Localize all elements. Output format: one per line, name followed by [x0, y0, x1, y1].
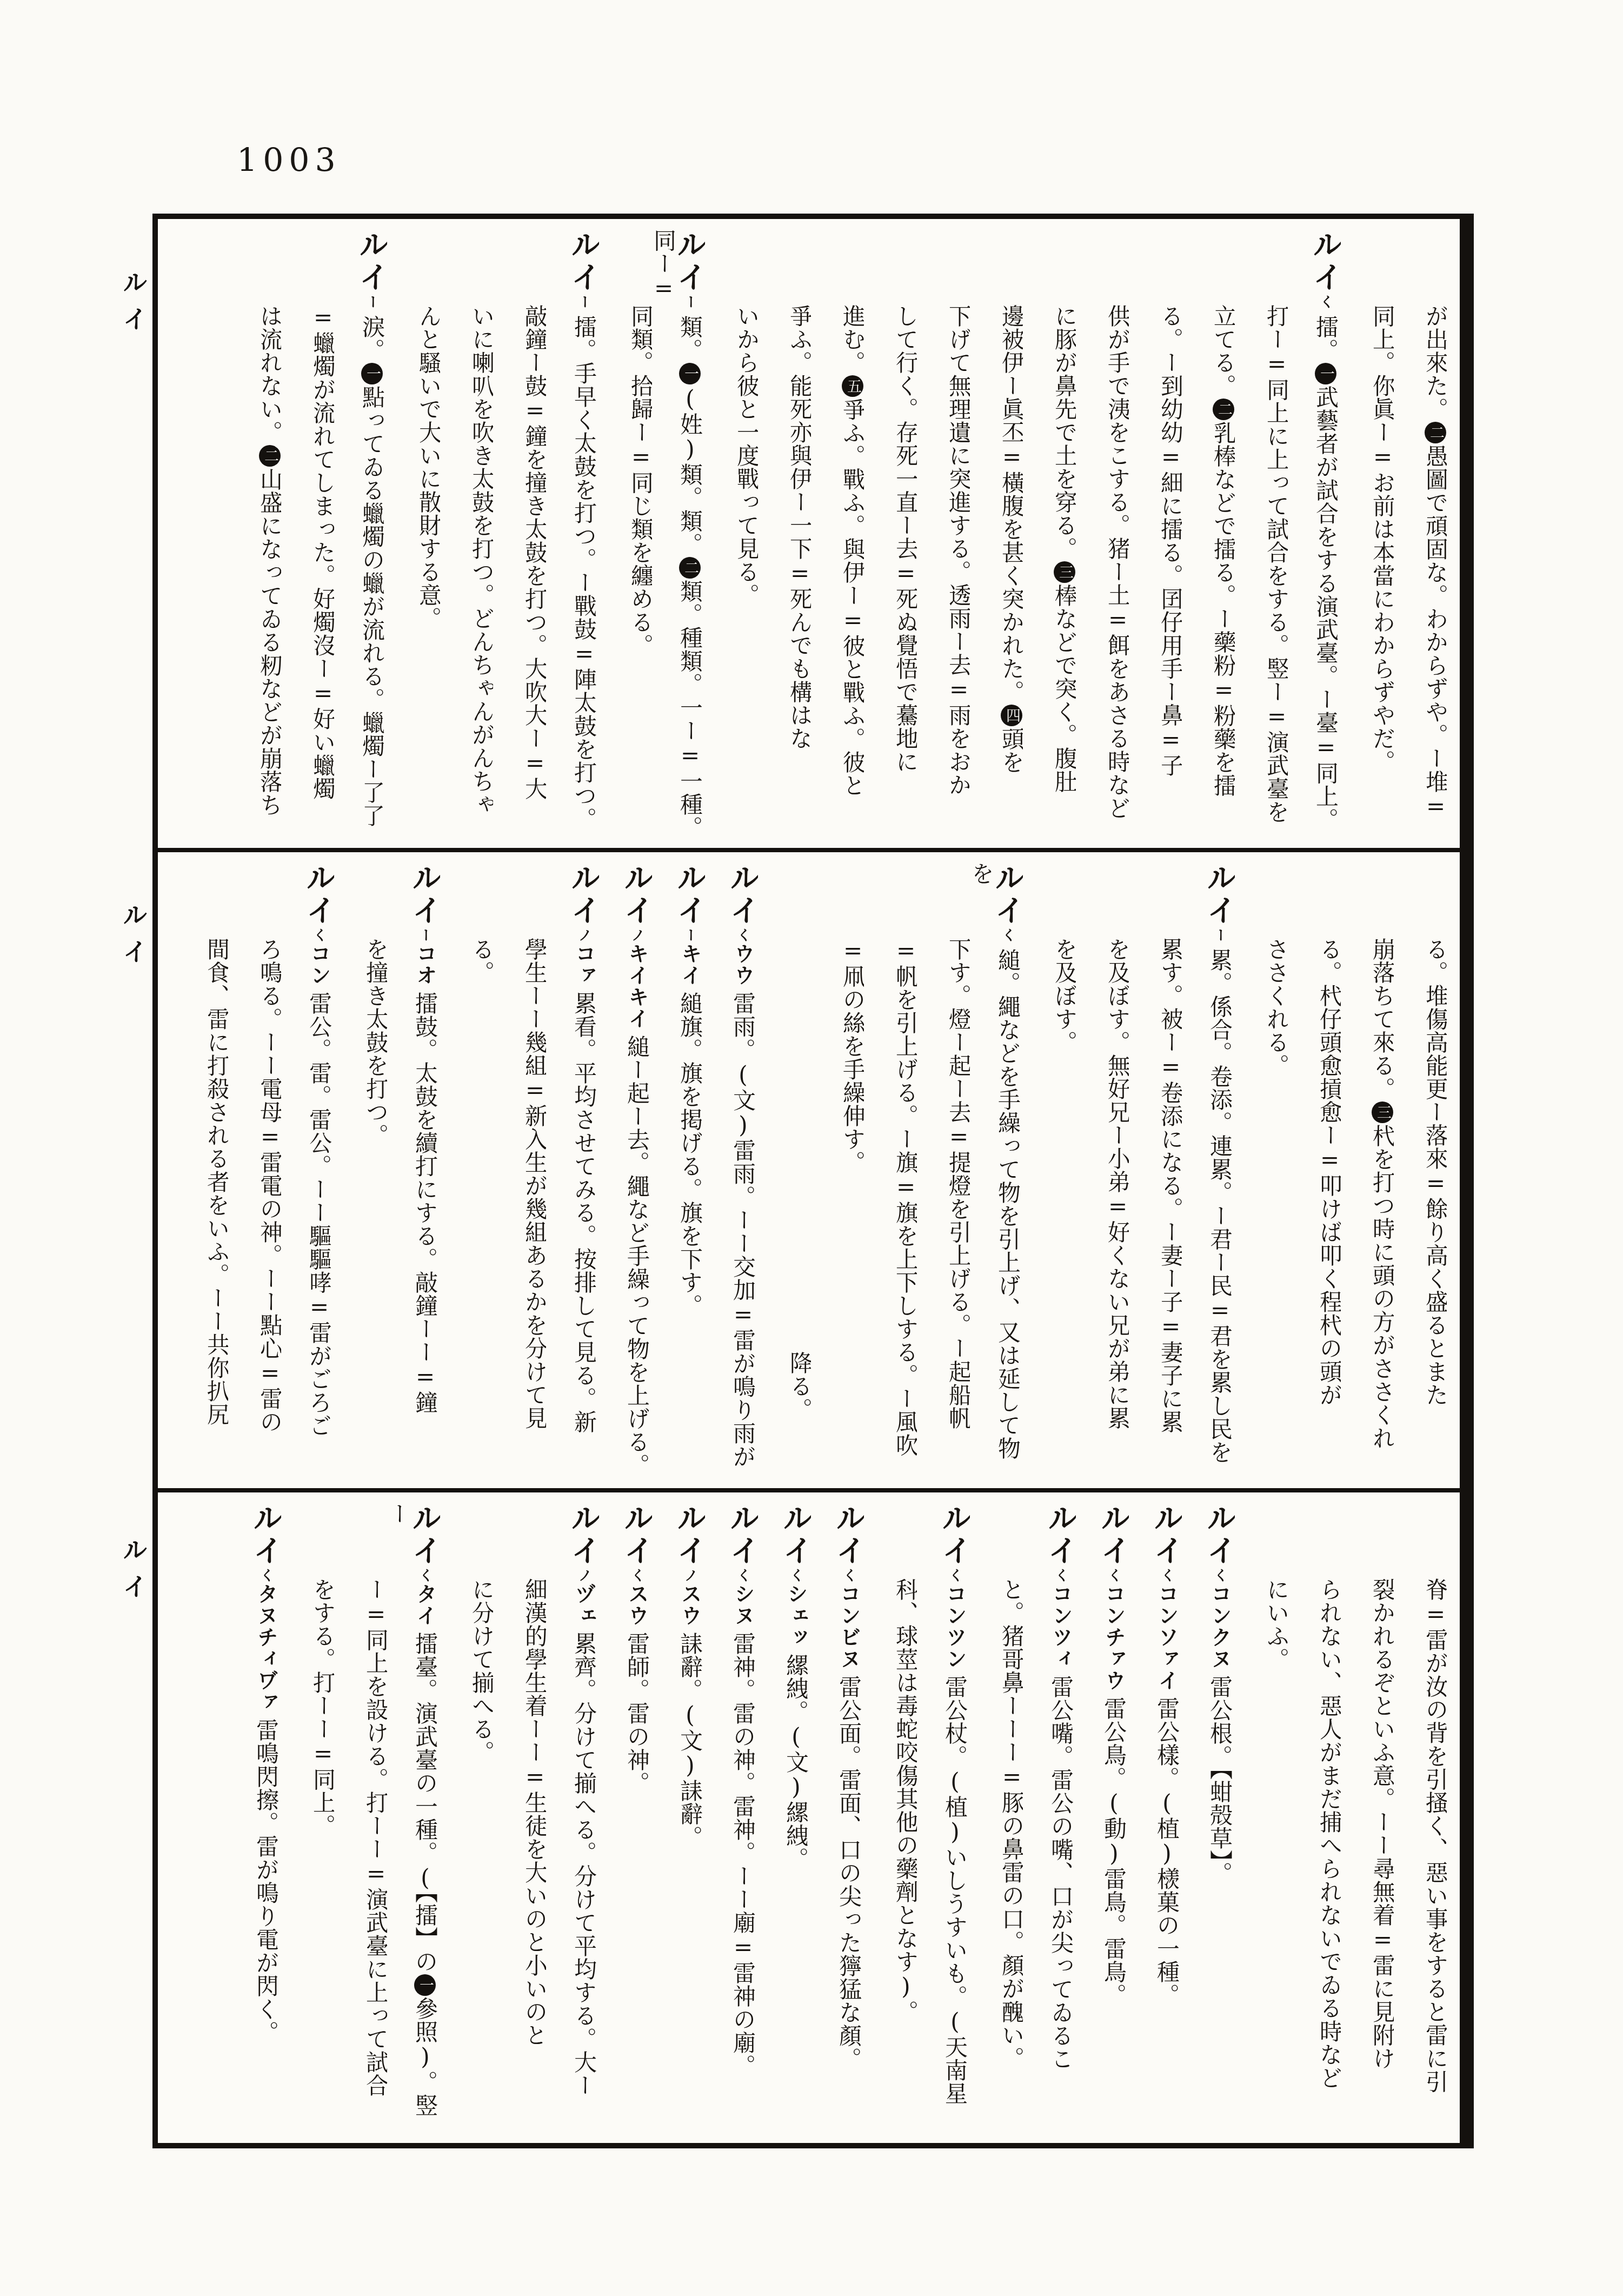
dictionary-column: を及ぼす。無好兄ー小弟=好くない兄が弟に累 [1076, 862, 1129, 1483]
headword-accent-mark: く [417, 1568, 433, 1582]
column-text: 同類。拾歸ー=同じ類を纏める。 [628, 304, 652, 657]
column-text: 打ー=同上に上って試合をする。竪ー=演武臺を [1263, 304, 1288, 824]
headword-kana: ルイ [725, 1502, 758, 1567]
entry-headword: ルイー [571, 229, 597, 315]
headword-accent-mark: く [788, 1568, 804, 1582]
dictionary-column: を及ぼす。 [1023, 862, 1076, 1483]
column-text: る。堆傷高能更ー落來=餘り高く盛るとまた [1422, 938, 1447, 1406]
dictionary-column: は流れない。二山盛になってゐる籾などが崩落ち [228, 229, 281, 842]
dictionary-column: ルイノスウ誄辭。(文)誄辭。 [652, 1502, 705, 2125]
column-text: 邊被伊ー眞丕=橫腹を甚く突かれた。四頭を [999, 304, 1023, 774]
dictionary-column: ルイー擂。手早く太鼓を打つ。ー戰鼓=陣太鼓を打つ。 [546, 229, 599, 842]
column-text: 淚。一點ってゐる蠟燭の蠟が流れる。蠟燭ー了了 [359, 315, 385, 827]
headword-gap [743, 986, 743, 992]
headword-accent-mark: ノ [576, 1568, 592, 1582]
column-text: に豚が鼻先で土を穿る。三棒などで突く。腹肚 [1052, 304, 1076, 793]
dictionary-column: 細漢的學生着ーー=生徒を大いのと小いのと [493, 1502, 546, 2125]
column-text: 雷公。雷。雷公。ーー驅驅哮=雷がごろご [306, 992, 332, 1437]
entry-headword: ルイー [1207, 862, 1233, 948]
column-text: 縲絏。(文)縲絏。 [783, 1654, 809, 1870]
headword-reading: コン [307, 943, 331, 986]
page-frame: が出來た。二愚圖で頑固な。わからずや。ー堆= 同上。你眞ー=お前は本當にわからず… [152, 214, 1474, 2148]
dictionary-column: る。ー到幼幼=細に擂る。囝仔用手ー鼻=子 [1129, 229, 1182, 842]
dictionary-column: られない、惡人がまだ捕へられないでゐる時など [1288, 1502, 1341, 2125]
dictionary-column: 學生ーー幾組=新入生が幾組あるかを分けて見 [493, 862, 546, 1483]
margin-label: ルイ [116, 902, 151, 976]
dictionary-column: 間食、雷に打殺される者をいふ。ーー共你扒尻 [175, 862, 228, 1483]
dictionary-column: =凧の絲を手繰伸す。 [811, 862, 864, 1483]
dictionary-column: 打ー=同上に上って試合をする。竪ー=演武臺を [1235, 229, 1288, 842]
column-text: 雷鳴閃擦。雷が鳴り電が閃く。 [253, 1718, 280, 2044]
column-text: 雷師。雷の神。 [624, 1632, 650, 1795]
headword-accent-mark: く [1159, 1568, 1175, 1582]
entry-headword: ルイくシェッ [783, 1502, 809, 1654]
headword-reading: キイキイ [625, 943, 649, 1030]
column-text: 學生ーー幾組=新入生が幾組あるかを分けて見 [522, 938, 546, 1430]
headword-reading: コンクヌ [1208, 1583, 1232, 1670]
headword-kana: ルイ [990, 862, 1023, 927]
dictionary-column: ルイくコンチァウ雷公鳥。(動)雷鳥。雷鳥。 [1076, 1502, 1129, 2125]
column-text: る。杙仔頭愈摃愈ー=叩けば叩く程杙の頭が [1316, 938, 1341, 1406]
column-text: る。 [469, 938, 493, 984]
headword-kana: ルイ [1096, 1502, 1129, 1567]
column-text: ささくれる。 [1263, 938, 1288, 1077]
headword-gap [266, 1713, 267, 1718]
column-text: 降る。 [787, 1351, 811, 1421]
headword-gap [372, 310, 373, 315]
column-text: 下げて無理遺に突進する。透雨ー去=雨をおか [946, 304, 970, 797]
headword-kana: ルイ [619, 1502, 652, 1567]
column-text: 擂。手早く太鼓を打つ。ー戰鼓=陣太鼓を打つ。 [571, 315, 597, 831]
entry-headword: ルイノヅェ [571, 1502, 597, 1632]
headword-gap [425, 1627, 425, 1632]
entry-headword: ルイノキイキイ [624, 862, 650, 1035]
column-text: 雷神。雷の神。雷神。ーー廟=雷神の廟。 [730, 1632, 756, 2078]
column-text: 科、球莖は毒蛇咬傷其他の藥劑となす)。 [893, 1578, 917, 2023]
headword-reading: コンツィ [1049, 1583, 1073, 1670]
headword-reading: コァ [572, 943, 596, 986]
dictionary-column: して行く。存死一直ー去=死ぬ覺悟で驀地に [864, 229, 917, 842]
dictionary-column: 進む。五爭ふ。戰ふ。與伊ー=彼と戰ふ。彼と [811, 229, 864, 842]
headword-reading: シヌ [731, 1583, 755, 1627]
headword-accent-mark: く [311, 928, 327, 942]
headword-gap [690, 986, 690, 992]
dictionary-column: ルイくタイ擂臺。演武臺の一種。(【擂】の一參照)。竪ー [387, 1502, 440, 2125]
headword-gap [584, 986, 584, 992]
dictionary-column: ルイくコンクヌ雷公根。【蚶殻草】。 [1182, 1502, 1235, 2125]
entry-headword: ルイくスウ [624, 1502, 650, 1632]
column-text: 累看。平均させてみる。按排して見る。新 [571, 992, 597, 1434]
headword-reading: ヅェ [572, 1583, 596, 1627]
dictionary-column: る。 [440, 862, 493, 1483]
column-text: 累齊。分けて揃へる。分けて平均する。大ー [571, 1632, 597, 2097]
dictionary-column: ルイくウウ雷雨。(文)雷雨。ーー交加=雷が鳴り雨が [705, 862, 758, 1483]
column-text: いから彼と一度戰って見る。 [734, 304, 758, 607]
page-number: 1003 [237, 142, 341, 180]
column-text: 間食、雷に打殺される者をいふ。ーー共你扒尻 [204, 938, 228, 1426]
circled-sense-number: 三 [1054, 561, 1075, 583]
column-text: 雷公根。【蚶殻草】。 [1207, 1675, 1233, 1885]
column-text: 擂。一武藝者が試合をする演武臺。ー臺=同上。 [1313, 315, 1339, 831]
dictionary-column: ルイノヅェ累齊。分けて揃へる。分けて平均する。大ー [546, 1502, 599, 2125]
headword-reading: タヌチィヷァ [254, 1583, 278, 1713]
column-text: は流れない。二山盛になってゐる籾などが崩落ち [257, 304, 281, 817]
column-text: 誄辭。(文)誄辭。 [677, 1632, 703, 1849]
headword-reading: スウ [678, 1583, 702, 1627]
headword-gap [319, 986, 320, 992]
dictionary-column: ルイーキイ縋旗。旗を掲げる。旗を下す。 [652, 862, 705, 1483]
dictionary-column: 下げて無理遺に突進する。透雨ー去=雨をおか [917, 229, 970, 842]
headword-reading: キイ [678, 943, 702, 986]
column-text: いに喇叭を吹き太鼓を打つ。どんちゃんがんちゃ [469, 304, 493, 816]
dictionary-column: ルイー淚。一點ってゐる蠟燭の蠟が流れる。蠟燭ー了了 [334, 229, 387, 842]
column-text: 進む。五爭ふ。戰ふ。與伊ー=彼と戰ふ。彼と [840, 304, 864, 797]
column-text: る。ー到幼幼=細に擂る。囝仔用手ー鼻=子 [1158, 304, 1182, 777]
dictionary-scan-page: 1003 ルイ ルイ ルイ が出來た。二愚圖で頑固な。わからずや。ー堆= 同上。… [0, 0, 1623, 2296]
headword-reading: コンソァイ [1155, 1583, 1179, 1691]
headword-reading: コンチァウ [1102, 1583, 1126, 1691]
dictionary-column: にいふ。 [1235, 1502, 1288, 2125]
column-text: をする。打ーー=同上。 [310, 1578, 334, 1837]
dictionary-column: が出來た。二愚圖で頑固な。わからずや。ー堆= [1394, 229, 1447, 842]
column-text: 縋。繩などを手繰って物を引上げ、又は延して物を [970, 862, 1021, 1460]
headword-kana: ルイ [407, 862, 440, 927]
headword-accent-mark: く [258, 1568, 274, 1582]
headword-accent-mark: く [735, 928, 751, 942]
column-text: ー=同上を設ける。打ーー=演武臺に上って試合 [363, 1578, 387, 2097]
column-text: 縋旗。旗を掲げる。旗を下す。 [677, 992, 703, 1317]
entry-band-top: が出來た。二愚圖で頑固な。わからずや。ー堆= 同上。你眞ー=お前は本當にわからず… [158, 219, 1460, 848]
dictionary-column: 爭ふ。能死亦與伊ー一下=死んでも構はな [758, 229, 811, 842]
headword-kana: ルイ [301, 862, 334, 927]
dictionary-column: ルイくコンツィ雷公嘴。雷公の嘴、口が尖ってゐるこ [1023, 1502, 1076, 2125]
entry-headword: ルイくタイ [412, 1502, 438, 1632]
column-text: 同上。你眞ー=お前は本當にわからずやだ。 [1369, 304, 1394, 773]
margin-label: ルイ [116, 269, 151, 343]
entry-headword: ルイー [677, 229, 703, 315]
column-text: 爭ふ。能死亦與伊ー一下=死んでも構はな [787, 304, 811, 750]
column-text: 縋ー起ー去。繩など手繰って物を上げる。 [624, 1035, 650, 1477]
headword-reading: スウ [625, 1583, 649, 1627]
headword-accent-mark: く [1318, 295, 1334, 309]
circled-sense-number: 三 [1372, 1101, 1393, 1123]
dictionary-column: 降る。 [758, 862, 811, 1483]
column-text: 雷公嘴。雷公の嘴、口が尖ってゐるこ [1048, 1675, 1074, 2071]
dictionary-column: ルイくコンソァイ雷公樣。(植)檨菓の一種。 [1129, 1502, 1182, 2125]
entry-headword: ルイくコンツン [942, 1502, 968, 1675]
column-text: 下す。燈ー起ー去=提燈を引上げる。ー起船帆 [946, 938, 970, 1430]
column-text: が出來た。二愚圖で頑固な。わからずや。ー堆= [1422, 304, 1447, 820]
circled-sense-number: 一 [414, 1974, 436, 1996]
column-text: 敲鐘ー鼓=鐘を撞き太鼓を打つ。大吹大ー=大 [522, 304, 546, 800]
entry-headword: ルイくシヌ [730, 1502, 756, 1632]
dictionary-column: ルイーコオ擂鼓。太鼓を續打にする。敲鐘ーー=鐘 [387, 862, 440, 1483]
headword-kana: ルイ [248, 1502, 281, 1567]
column-text: られない、惡人がまだ捕へられないでゐる時など [1316, 1578, 1341, 2089]
dictionary-column: いに喇叭を吹き太鼓を打つ。どんちゃんがんちゃ [440, 229, 493, 842]
entry-headword: ルイくコン [306, 862, 332, 992]
dictionary-column: に分けて揃へる。 [440, 1502, 493, 2125]
dictionary-column: 下す。燈ー起ー去=提燈を引上げる。ー起船帆 [917, 862, 970, 1483]
entry-headword: ルイくウウ [730, 862, 756, 992]
headword-accent-mark: ノ [629, 928, 645, 942]
circled-sense-number: 一 [1315, 363, 1336, 384]
dictionary-column: 同上。你眞ー=お前は本當にわからずやだ。 [1341, 229, 1394, 842]
entry-headword: ルイくコンクヌ [1207, 1502, 1233, 1675]
headword-gap [584, 1627, 584, 1632]
headword-gap [637, 1627, 637, 1632]
entry-headword: ルイノコァ [571, 862, 597, 992]
entry-band-bottom: 脊=雷が汝の背を引搔く、惡い事をすると雷に引 裂かれるぞといふ意。ーー尋無着=雷… [158, 1488, 1460, 2130]
headword-kana: ルイ [778, 1502, 811, 1567]
column-text: に分けて揃へる。 [469, 1578, 493, 1764]
dictionary-column: ルイー類。一(姓)類。類。二類。種類。一ー=一種。同ー= [652, 229, 705, 842]
entry-headword: ルイく [995, 862, 1021, 948]
headword-kana: ルイ [725, 862, 758, 927]
circled-sense-number: 五 [842, 375, 863, 397]
column-text: =凧の絲を手繰伸す。 [840, 938, 864, 1174]
headword-accent-mark: く [947, 1568, 963, 1582]
headword-gap [1220, 943, 1220, 948]
headword-gap [849, 1670, 849, 1675]
headword-accent-mark: く [1053, 1568, 1069, 1582]
dictionary-column: ルイくシヌ雷神。雷の神。雷神。ーー廟=雷神の廟。 [705, 1502, 758, 2125]
dictionary-column: ルイく擂。一武藝者が試合をする演武臺。ー臺=同上。 [1288, 229, 1341, 842]
headword-reading: コンビヌ [837, 1583, 861, 1670]
column-text: 雷公樣。(植)檨菓の一種。 [1154, 1697, 1180, 2007]
headword-gap [425, 986, 425, 992]
dictionary-column: ルイくコンツン雷公杖。(植)いしうすいも。(天南星 [917, 1502, 970, 2125]
headword-gap [690, 310, 690, 315]
headword-accent-mark: ー [576, 295, 592, 309]
headword-accent-mark: ー [682, 295, 698, 309]
dictionary-column: ルイくスウ雷師。雷の神。 [599, 1502, 652, 2125]
headword-gap [584, 310, 584, 315]
dictionary-column: に豚が鼻先で土を穿る。三棒などで突く。腹肚 [1023, 229, 1076, 842]
entry-headword: ルイくコンチァウ [1101, 1502, 1127, 1697]
headword-kana: ルイ [1308, 229, 1341, 294]
entry-headword: ルイーキイ [677, 862, 703, 992]
headword-kana: ルイ [566, 1502, 599, 1567]
headword-gap [1008, 943, 1008, 948]
entry-band-middle: る。堆傷高能更ー落來=餘り高く盛るとまた 崩落ちて來る。三杙を打つ時に頭の方がさ… [158, 848, 1460, 1488]
headword-kana: ルイ [1202, 862, 1235, 927]
dictionary-column: 累す。被ー=卷添になる。ー妻ー子=妻子に累 [1129, 862, 1182, 1483]
column-text: と。猪哥鼻ーーー=豚の鼻雷の口。顏が醜い。 [999, 1578, 1023, 2070]
margin-label: ルイ [116, 1537, 151, 1610]
circled-sense-number: 二 [1213, 399, 1234, 420]
dictionary-column: ルイノコァ累看。平均させてみる。按排して見る。新 [546, 862, 599, 1483]
headword-accent-mark: く [1106, 1568, 1122, 1582]
dictionary-column: 邊被伊ー眞丕=橫腹を甚く突かれた。四頭を [970, 229, 1023, 842]
dictionary-column: ルイく縋。繩などを手繰って物を引上げ、又は延して物を [970, 862, 1023, 1483]
dictionary-column: 立てる。二乳棒などで擂る。ー藥粉=粉藥を擂 [1182, 229, 1235, 842]
headword-kana: ルイ [672, 862, 705, 927]
entry-headword: ルイくコンビヌ [836, 1502, 862, 1675]
dictionary-column: 科、球莖は毒蛇咬傷其他の藥劑となす)。 [864, 1502, 917, 2125]
headword-accent-mark: く [841, 1568, 857, 1582]
entry-headword: ルイくコンツィ [1048, 1502, 1074, 1675]
dictionary-column: る。堆傷高能更ー落來=餘り高く盛るとまた [1394, 862, 1447, 1483]
circled-sense-number: 二 [259, 445, 281, 467]
dictionary-column: ささくれる。 [1235, 862, 1288, 1483]
column-text: 立てる。二乳棒などで擂る。ー藥粉=粉藥を擂 [1210, 304, 1235, 797]
column-text: 細漢的學生着ーー=生徒を大いのと小いのと [522, 1578, 546, 2047]
column-text: を及ぼす。 [1052, 938, 1076, 1054]
column-text: 雷雨。(文)雷雨。ーー交加=雷が鳴り雨が [730, 992, 756, 1468]
circled-sense-number: 二 [679, 557, 701, 579]
dictionary-column: をする。打ーー=同上。 [281, 1502, 334, 2125]
headword-accent-mark: ノ [576, 928, 592, 942]
headword-accent-mark: く [735, 1568, 751, 1582]
dictionary-column: =帆を引上げる。ー旗=旗を上下しする。ー風吹 [864, 862, 917, 1483]
headword-kana: ルイ [566, 229, 599, 294]
headword-kana: ルイ [831, 1502, 864, 1567]
headword-accent-mark: く [1000, 928, 1016, 942]
headword-kana: ルイ [354, 229, 387, 294]
column-text: 雷公杖。(植)いしうすいも。(天南星 [942, 1675, 968, 2105]
dictionary-column: ルイー累。係合。卷添。連累。ー君ー民=君を累し民を [1182, 862, 1235, 1483]
headword-reading: シェッ [784, 1583, 808, 1648]
entry-headword: ルイーコオ [412, 862, 438, 992]
column-text: =蠟燭が流れてしまった。好燭沒ー=好い蠟燭 [310, 304, 334, 800]
entry-headword: ルイくタヌチィヷァ [253, 1502, 280, 1718]
headword-accent-mark: ー [682, 928, 698, 942]
dictionary-column: ルイノキイキイ縋ー起ー去。繩など手繰って物を上げる。 [599, 862, 652, 1483]
headword-gap [1220, 1670, 1220, 1675]
headword-gap [796, 1648, 796, 1654]
column-text: 脊=雷が汝の背を引搔く、惡い事をすると雷に引 [1422, 1578, 1447, 2093]
headword-accent-mark: ー [364, 295, 380, 309]
headword-kana: ルイ [1043, 1502, 1076, 1567]
headword-gap [743, 1627, 743, 1632]
headword-gap [1167, 1691, 1167, 1697]
column-text: 累。係合。卷添。連累。ー君ー民=君を累し民を [1207, 948, 1233, 1464]
column-text: して行く。存死一直ー去=死ぬ覺悟で驀地に [893, 304, 917, 773]
column-text: ろ鳴る。ーー電母=雷電の神。ーー點心=雷の [257, 938, 281, 1434]
column-text: を撞き太鼓を打つ。 [363, 938, 387, 1147]
dictionary-column: んと騷いで大いに散財する意。 [387, 229, 440, 842]
circled-sense-number: 二 [1425, 422, 1446, 443]
headword-kana: ルイ [407, 1502, 440, 1567]
headword-gap [690, 1627, 690, 1632]
column-text: 雷公鳥。(動)雷鳥。雷鳥。 [1101, 1697, 1127, 2007]
headword-reading: タイ [413, 1583, 437, 1627]
dictionary-column: 脊=雷が汝の背を引搔く、惡い事をすると雷に引 [1394, 1502, 1447, 2125]
dictionary-column: ルイくコンビヌ雷公面。雷面、口の尖った獰猛な顏。 [811, 1502, 864, 2125]
dictionary-column: る。杙仔頭愈摃愈ー=叩けば叩く程杙の頭が [1288, 862, 1341, 1483]
column-text: んと騷いで大いに散財する意。 [416, 304, 440, 630]
dictionary-column: ルイくタヌチィヷァ雷鳴閃擦。雷が鳴り電が閃く。 [228, 1502, 281, 2125]
dictionary-column: =蠟燭が流れてしまった。好燭沒ー=好い蠟燭 [281, 229, 334, 842]
headword-accent-mark: ノ [682, 1568, 698, 1582]
headword-gap [1114, 1691, 1114, 1697]
column-text: 類。一(姓)類。類。二類。種類。一ー=一種。同ー= [652, 229, 703, 839]
dictionary-column: 敲鐘ー鼓=鐘を撞き太鼓を打つ。大吹大ー=大 [493, 229, 546, 842]
dictionary-column: を撞き太鼓を打つ。 [334, 862, 387, 1483]
circled-sense-number: 一 [361, 363, 383, 384]
headword-kana: ルイ [1149, 1502, 1182, 1567]
dictionary-column: ルイくコン雷公。雷。雷公。ーー驅驅哮=雷がごろご [281, 862, 334, 1483]
dictionary-column: 裂かれるぞといふ意。ーー尋無着=雷に見附け [1341, 1502, 1394, 2125]
column-text: 崩落ちて來る。三杙を打つ時に頭の方がささくれ [1369, 938, 1394, 1450]
dictionary-column: いから彼と一度戰って見る。 [705, 229, 758, 842]
headword-accent-mark: く [629, 1568, 645, 1582]
headword-gap [955, 1670, 955, 1675]
entry-headword: ルイくコンソァイ [1154, 1502, 1180, 1697]
column-text: 供が手で洟をこする。猪ー土=餌をあさる時など [1105, 304, 1129, 820]
headword-kana: ルイ [566, 862, 599, 927]
dictionary-column: ろ鳴る。ーー電母=雷電の神。ーー點心=雷の [228, 862, 281, 1483]
headword-reading: コンツン [943, 1583, 967, 1670]
headword-kana: ルイ [672, 1502, 705, 1567]
headword-kana: ルイ [672, 229, 705, 294]
headword-accent-mark: く [1212, 1568, 1228, 1582]
headword-kana: ルイ [937, 1502, 970, 1567]
dictionary-column: ー=同上を設ける。打ーー=演武臺に上って試合 [334, 1502, 387, 2125]
headword-accent-mark: ー [417, 928, 433, 942]
headword-reading: ウウ [731, 943, 755, 986]
headword-gap [1061, 1670, 1061, 1675]
circled-sense-number: 四 [1001, 705, 1022, 726]
column-text: を及ぼす。無好兄ー小弟=好くない兄が弟に累 [1105, 938, 1129, 1430]
dictionary-column: 供が手で洟をこする。猪ー土=餌をあさる時など [1076, 229, 1129, 842]
entry-headword: ルイノスウ [677, 1502, 703, 1632]
entry-headword: ルイー [359, 229, 385, 315]
column-text: 裂かれるぞといふ意。ーー尋無着=雷に見附け [1369, 1578, 1394, 2070]
column-text: 累す。被ー=卷添になる。ー妻ー子=妻子に累 [1158, 938, 1182, 1434]
column-text: =帆を引上げる。ー旗=旗を上下しする。ー風吹 [893, 938, 917, 1457]
headword-accent-mark: ー [1212, 928, 1228, 942]
column-text: 雷公面。雷面、口の尖った獰猛な顏。 [836, 1675, 862, 2071]
dictionary-column: 同類。拾歸ー=同じ類を纏める。 [599, 229, 652, 842]
headword-kana: ルイ [1202, 1502, 1235, 1567]
circled-sense-number: 一 [679, 363, 701, 384]
dictionary-column: と。猪哥鼻ーーー=豚の鼻雷の口。顏が醜い。 [970, 1502, 1023, 2125]
headword-gap [1326, 310, 1326, 315]
column-text: にいふ。 [1263, 1578, 1288, 1671]
dictionary-column: ルイくシェッ縲絏。(文)縲絏。 [758, 1502, 811, 2125]
column-text: 擂鼓。太鼓を續打にする。敲鐘ーー=鐘 [412, 992, 438, 1414]
entry-headword: ルイく [1313, 229, 1339, 315]
dictionary-column: 崩落ちて來る。三杙を打つ時に頭の方がささくれ [1341, 862, 1394, 1483]
headword-gap [637, 1030, 637, 1035]
headword-reading: コオ [413, 943, 437, 986]
headword-kana: ルイ [619, 862, 652, 927]
